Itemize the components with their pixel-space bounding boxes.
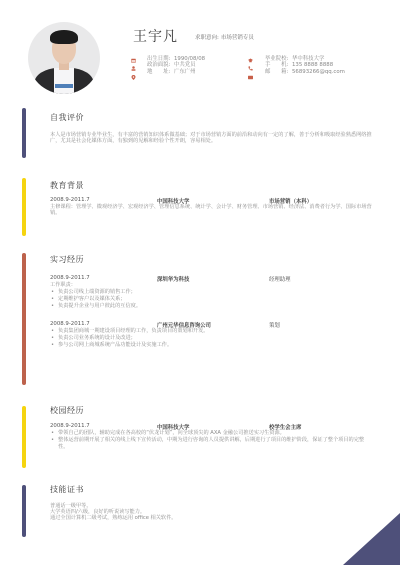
internship-period: 2008.9-2011.7	[50, 321, 90, 327]
section-title-education: 教育背景	[50, 180, 84, 191]
job-intent-label: 求职意向:	[195, 35, 219, 41]
info-icons-right	[248, 58, 254, 83]
person-icon	[131, 66, 136, 71]
info-label: 邮 箱:	[265, 69, 292, 75]
internship-period: 2008.9-2011.7	[50, 275, 90, 281]
candidate-name: 王宇凡	[133, 26, 178, 46]
info-value: 135 8888 8888	[292, 62, 333, 68]
calendar-icon	[131, 58, 136, 63]
internship-bullets: 负责集团商城一期建设项目经理的工作，负责项目的策划和开发。 负责公司业务系统的设…	[50, 328, 370, 350]
photo-shirt-print	[55, 84, 73, 88]
photo-hair	[50, 30, 78, 44]
campus-bullets: 带领自己的团队，辅助完成在各高校的“伏龙计划”，向全球顶尖的 AXA 金融公司推…	[50, 430, 370, 450]
list-item: 参与公司网上商城系统产品功能设计及实施工作。	[50, 342, 370, 349]
section-accent-bar-navy	[22, 485, 26, 537]
info-value: 广东广州	[174, 69, 196, 75]
self-eval-text: 本人是市场营销专业毕业生，有丰富的营销知识体系做基础；对于市场营销方面的前沿和动…	[50, 132, 380, 145]
education-period: 2008.9-2011.7	[50, 197, 90, 203]
location-pin-icon	[131, 75, 136, 80]
mail-icon	[248, 75, 253, 80]
info-email: 邮 箱:56893266@qq.com	[265, 69, 345, 75]
section-title-campus: 校园经历	[50, 405, 84, 416]
info-address: 地 址:广东广州	[147, 69, 205, 75]
job-intent: 求职意向:市场营销专员	[195, 33, 256, 41]
list-item: 负责提升企业与用户彼此的互信度。	[50, 303, 370, 310]
section-title-self-eval: 自我评价	[50, 112, 84, 123]
section-accent-bar-yellow	[22, 178, 26, 236]
info-icons-left	[131, 58, 137, 83]
personal-info-left: 出生日期:1990/08/08 政治面貌:中共党员 地 址:广东广州	[147, 56, 205, 75]
section-accent-bar-rust	[22, 253, 26, 385]
info-value: 56893266@qq.com	[292, 69, 345, 75]
phone-icon	[248, 66, 253, 71]
campus-period: 2008.9-2011.7	[50, 423, 90, 429]
education-courses: 主修课程：管理学、微观经济学、宏观经济学、管理信息系统、统计学、会计学、财务管理…	[50, 204, 380, 217]
profile-photo	[28, 22, 100, 94]
skill-line: 通过全国计算机二级考试，熟练运用 office 相关软件。	[50, 515, 380, 521]
graduation-cap-icon	[248, 58, 253, 63]
internship-subtitle: 工作职责：	[50, 282, 380, 288]
section-accent-bar-navy	[22, 108, 26, 158]
info-value: 中共党员	[174, 62, 196, 68]
corner-triangle-decoration	[343, 513, 400, 565]
list-item: 带领自己的团队，辅助完成在各高校的“伏龙计划”，向全球顶尖的 AXA 金融公司推…	[50, 430, 370, 436]
skills-list: 普通话一级甲等。 大学英语四/六级，良好的听说读写能力。 通过全国计算机二级考试…	[50, 503, 380, 522]
list-item: 整体运营前期开展了相关的线上线下宣传活动，中期为进行咨询的人员提供讲解，后期进行…	[50, 437, 370, 450]
photo-shirt	[54, 68, 74, 94]
info-label: 地 址:	[147, 69, 174, 75]
job-intent-value: 市场营销专员	[221, 35, 254, 41]
internship-bullets: 负责公司线上端资源的销售工作； 定期维护客户以及媒体关系； 负责提升企业与用户彼…	[50, 289, 370, 311]
section-accent-bar-yellow	[22, 406, 26, 468]
section-title-internship: 实习经历	[50, 254, 84, 265]
personal-info-right: 毕业院校:华中科技大学 手 机:135 8888 8888 邮 箱:568932…	[265, 56, 345, 75]
section-title-skills: 技能证书	[50, 484, 84, 495]
